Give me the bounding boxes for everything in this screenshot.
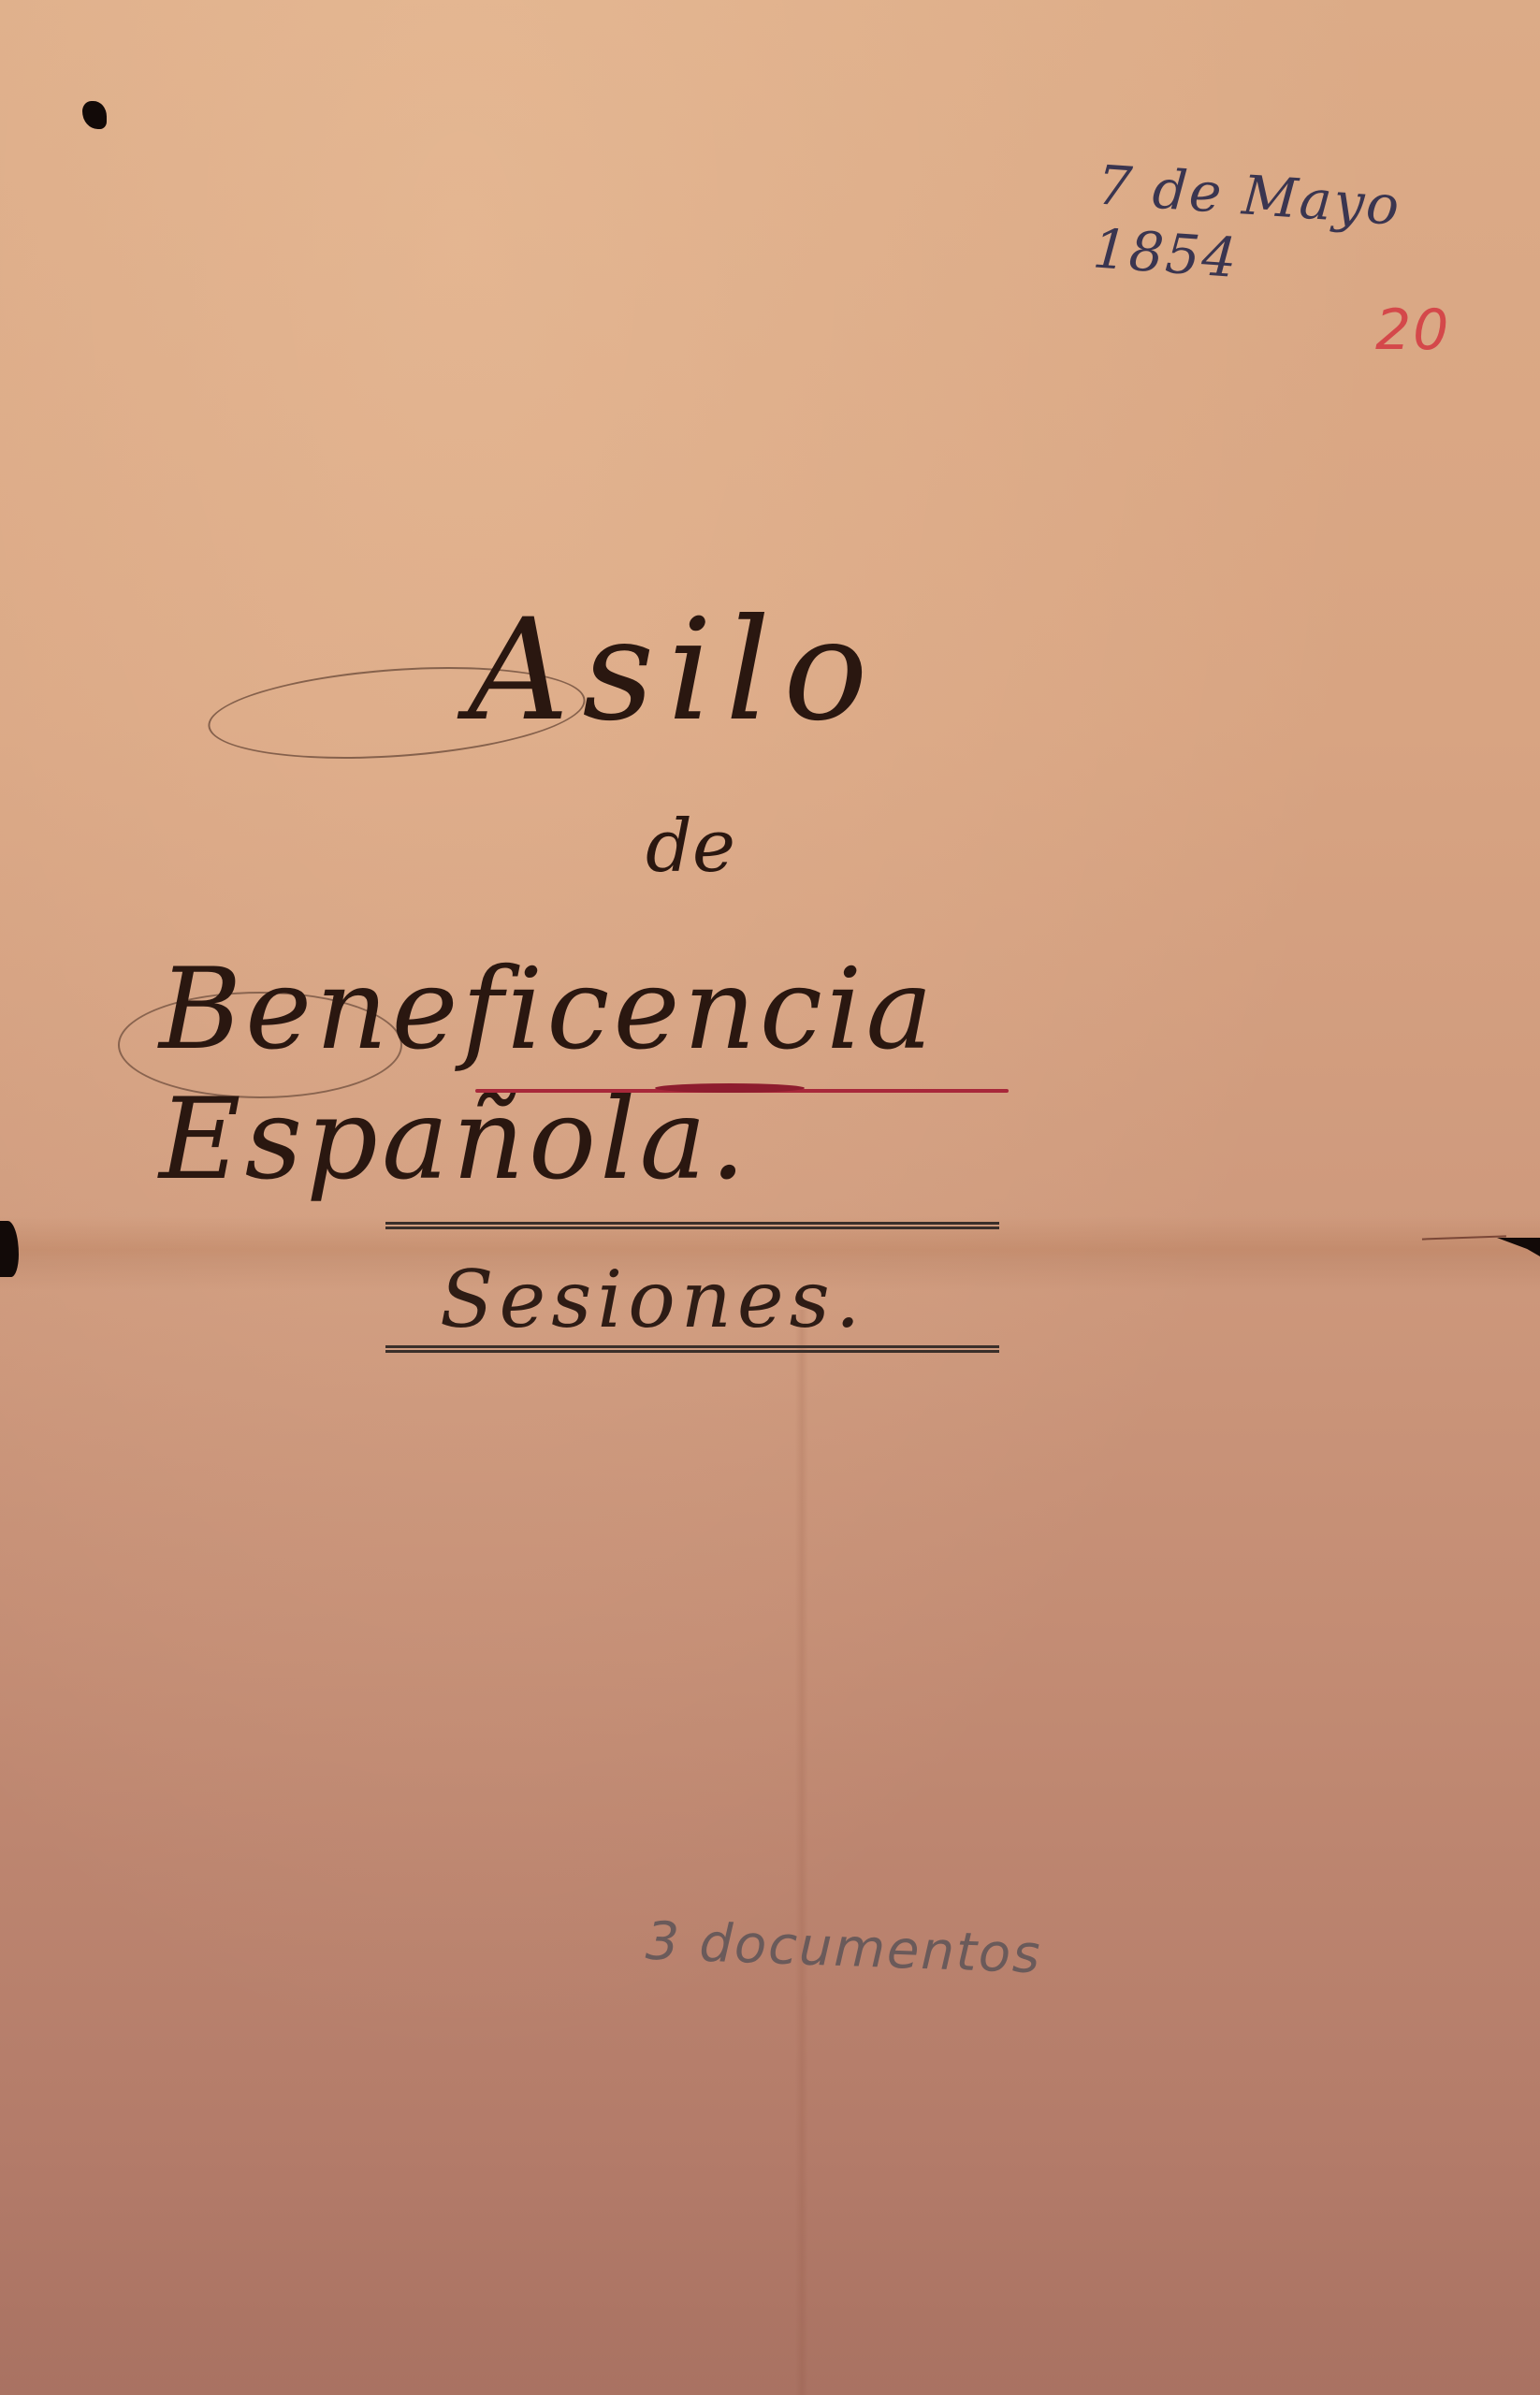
vertical-crease xyxy=(795,1310,808,2395)
title-line-asilo: Asilo xyxy=(468,589,881,752)
double-rule-top xyxy=(385,1222,999,1229)
red-underline-swell xyxy=(655,1083,805,1093)
document-page: 7 de Mayo 1854 20 Asilo de Beneficencia … xyxy=(0,0,1540,2395)
folio-number: 20 xyxy=(1375,298,1450,363)
section-label: Sesiones. xyxy=(440,1254,865,1345)
handwritten-date: 7 de Mayo 1854 xyxy=(1091,153,1540,312)
title-line-de: de xyxy=(646,805,735,889)
paper-hole-top-left xyxy=(82,101,107,129)
double-rule-bottom xyxy=(385,1345,999,1353)
pencil-document-count: 3 documentos xyxy=(645,1911,1042,1986)
title-line-beneficencia: Beneficencia Española. xyxy=(159,945,1540,1205)
